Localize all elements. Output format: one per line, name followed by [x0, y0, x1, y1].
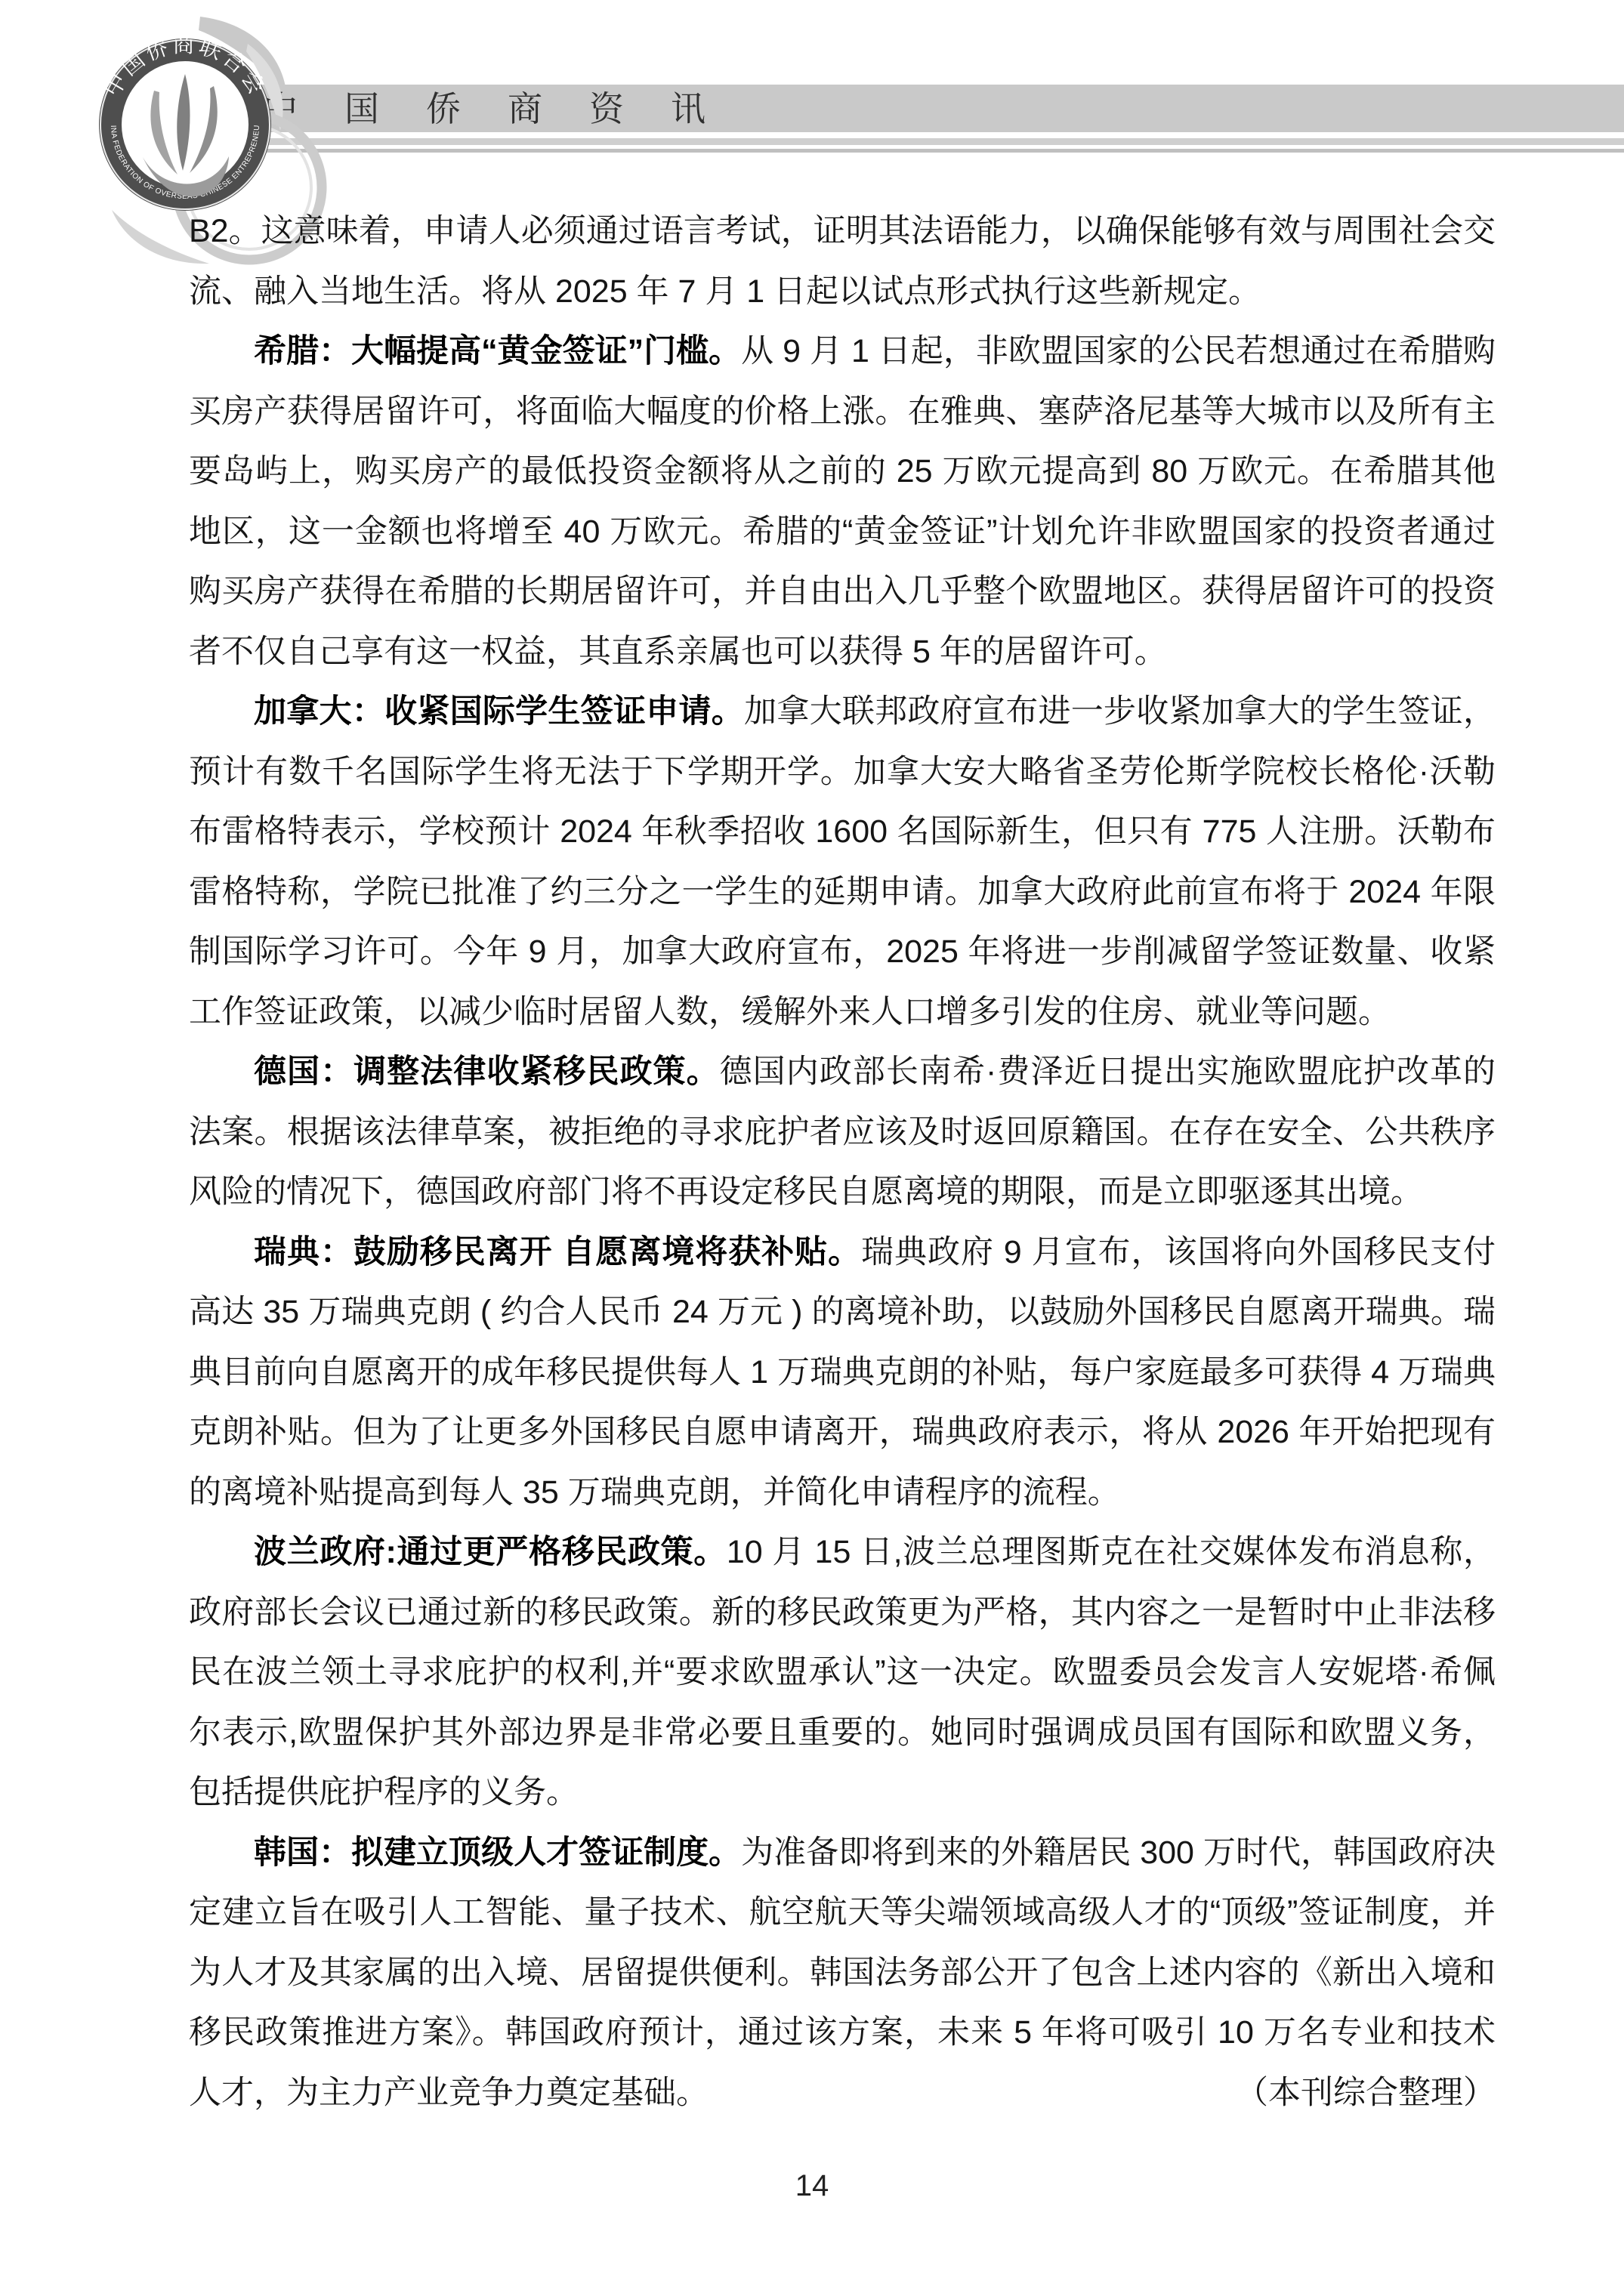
- paragraph: 希腊：大幅提高“黄金签证”门槛。从 9 月 1 日起，非欧盟国家的公民若想通过在…: [189, 322, 1496, 682]
- paragraph: 瑞典：鼓励移民离开 自愿离境将获补贴。瑞典政府 9 月宣布，该国将向外国移民支付…: [189, 1223, 1496, 1523]
- paragraph-lead: 波兰政府:通过更严格移民政策。: [254, 1534, 727, 1570]
- paragraph-lead: 加拿大：收紧国际学生签证申请。: [254, 693, 744, 730]
- paragraph-text: 10 月 15 日,波兰总理图斯克在社交媒体发布消息称，政府部长会议已通过新的移…: [189, 1534, 1496, 1810]
- paragraph-text: 加拿大联邦政府宣布进一步收紧加拿大的学生签证，预计有数千名国际学生将无法于下学期…: [189, 693, 1496, 1030]
- header-rule-top: [224, 138, 1624, 145]
- paragraph-lead: 韩国：拟建立顶级人才签证制度。: [254, 1835, 741, 1871]
- paragraph-lead: 德国：调整法律收紧移民政策。: [254, 1054, 720, 1090]
- paragraph-lead: 希腊：大幅提高“黄金签证”门槛。: [254, 333, 741, 369]
- page-number: 14: [0, 2169, 1624, 2203]
- paragraph-text: B2。这意味着，申请人必须通过语言考试，证明其法语能力，以确保能够有效与周围社会…: [189, 213, 1496, 310]
- article-body: B2。这意味着，申请人必须通过语言考试，证明其法语能力，以确保能够有效与周围社会…: [189, 202, 1496, 2123]
- paragraph-text: 瑞典政府 9 月宣布，该国将向外国移民支付高达 35 万瑞典克朗 ( 约合人民币…: [189, 1234, 1496, 1511]
- paragraph: 波兰政府:通过更严格移民政策。10 月 15 日,波兰总理图斯克在社交媒体发布消…: [189, 1523, 1496, 1823]
- paragraph-text: 从 9 月 1 日起，非欧盟国家的公民若想通过在希腊购买房产获得居留许可，将面临…: [189, 333, 1496, 670]
- magazine-page: 中国侨商资讯 中国侨商联合会 CHINA FEDERATION OF OVE: [0, 0, 1624, 2293]
- paragraph: 德国：调整法律收紧移民政策。德国内政部长南希·费泽近日提出实施欧盟庇护改革的法案…: [189, 1042, 1496, 1223]
- byline: （本刊综合整理）: [1171, 2063, 1496, 2124]
- paragraph: 韩国：拟建立顶级人才签证制度。为准备即将到来的外籍居民 300 万时代，韩国政府…: [189, 1823, 1496, 2124]
- header-rule-bottom: [224, 149, 1624, 153]
- paragraph: 加拿大：收紧国际学生签证申请。加拿大联邦政府宣布进一步收紧加拿大的学生签证，预计…: [189, 682, 1496, 1042]
- paragraph-lead: 瑞典：鼓励移民离开 自愿离境将获补贴。: [254, 1234, 861, 1270]
- paragraph: B2。这意味着，申请人必须通过语言考试，证明其法语能力，以确保能够有效与周围社会…: [189, 202, 1496, 322]
